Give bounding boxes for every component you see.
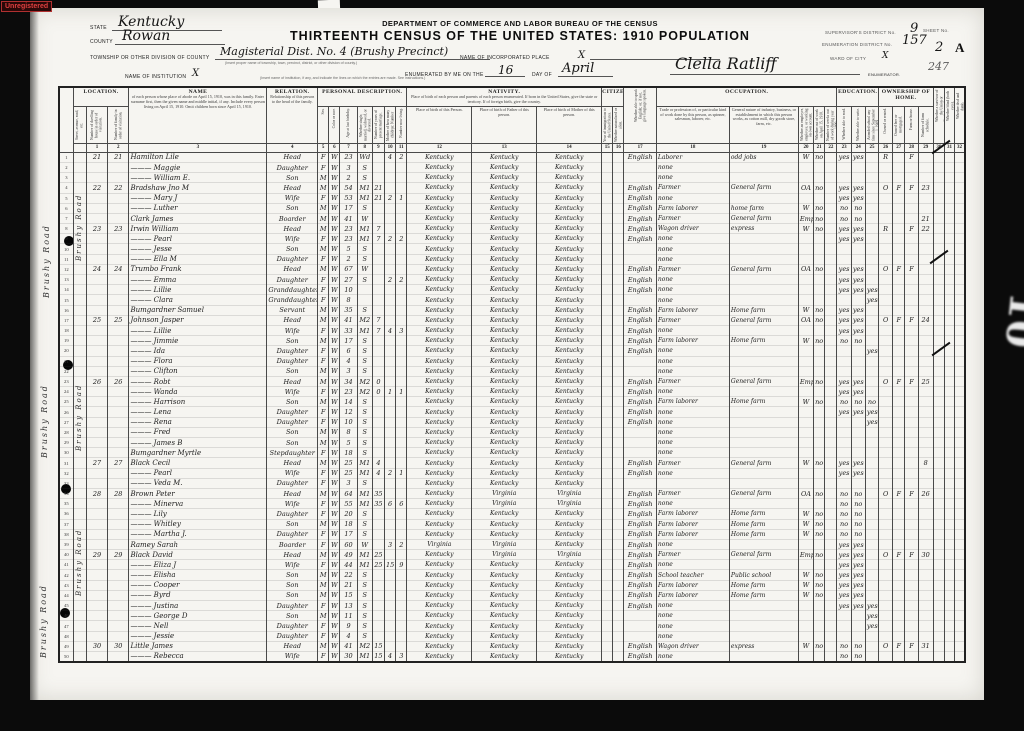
table-row: 26——— LenaDaughterFW12SKentuckyKentuckyK… <box>59 407 965 417</box>
column-header: OCCUPATION. <box>656 87 837 106</box>
census-title: THIRTEENTH CENSUS OF THE UNITED STATES: … <box>280 29 760 43</box>
column-header: Owned free or mortgaged. <box>893 106 905 143</box>
column-header: Whether a survivor of the Union or Confe… <box>933 87 944 143</box>
column-header: Age at last birthday. <box>340 106 357 143</box>
census-table: LOCATION.NAMEof each person whose place … <box>58 86 966 663</box>
column-header: 1 <box>86 143 107 152</box>
column-header: 15 <box>602 143 613 152</box>
table-row: 39Ramey SarahBoarderFW60W32VirginiaVirgi… <box>59 539 965 549</box>
table-row: 3——— William E.SonMW2SKentuckyKentuckyKe… <box>59 173 965 183</box>
table-row: 24——— WandaWifeFW23M2011KentuckyKentucky… <box>59 387 965 397</box>
column-header: Whether single, married, widowed, or div… <box>357 106 372 143</box>
column-header: Whether out of work on April 15, 1910. <box>814 106 825 143</box>
column-header: RELATION.Relationship of this person to … <box>267 87 318 143</box>
table-row: 50——— RebeccaWifeFW30M11543KentuckyKentu… <box>59 651 965 661</box>
table-row: 33——— Veda M.DaughterFW3SKentuckyKentuck… <box>59 478 965 488</box>
township-value: Magisterial Dist. No. 4 (Brushy Precinct… <box>220 45 448 58</box>
table-row: 30Bumgardner MyrtleStepdaughterFW18SKent… <box>59 448 965 458</box>
table-row: 48——— JessieDaughterFW4SKentuckyKentucky… <box>59 631 965 641</box>
table-row: 6——— LutherSonMW17SKentuckyKentuckyKentu… <box>59 203 965 213</box>
column-header <box>59 87 73 152</box>
column-header: Number of weeks out of work during year … <box>825 106 837 143</box>
column-header: Year of immigration to the United States… <box>602 106 613 143</box>
street-note: Brushy Road <box>42 178 51 298</box>
column-header: Farm or house. <box>905 106 918 143</box>
enumeration-district-value: 157 <box>902 33 927 48</box>
column-header: 4 <box>267 143 318 152</box>
column-header: 6 <box>329 143 340 152</box>
column-header: Number of dwelling house in order of vis… <box>86 106 107 143</box>
table-row: 10——— JesseSonMW5SKentuckyKentuckyKentuc… <box>59 244 965 254</box>
column-header: Whether deaf and dumb. <box>955 87 965 143</box>
table-row: 342828Brown PeterHeadMW64M135KentuckyVir… <box>59 488 965 498</box>
enumerator-signature: Clella Ratliff <box>675 54 777 73</box>
column-header: 25 <box>865 143 878 152</box>
column-header: PERSONAL DESCRIPTION. <box>318 87 407 106</box>
column-header: Number now living. <box>396 106 407 143</box>
column-header: 7 <box>340 143 357 152</box>
ward-label: WARD OF CITY <box>830 56 866 61</box>
table-row: 9——— PearlWifeFW23M1722KentuckyKentuckyK… <box>59 234 965 244</box>
sheet-note: 247 <box>928 60 949 73</box>
table-row: 82323Irwin WilliamHeadMW23M17KentuckyKen… <box>59 224 965 234</box>
column-header: Street, avenue, road, etc. <box>73 106 86 143</box>
column-header: 8 <box>357 143 372 152</box>
column-header: 17 <box>624 143 656 152</box>
table-row: 402929Black DavidHeadMW49M125KentuckyVir… <box>59 550 965 560</box>
table-row: 11——— Ella MDaughterFW2SKentuckyKentucky… <box>59 254 965 264</box>
institution-label: NAME OF INSTITUTION <box>125 74 186 80</box>
ward-value: X <box>882 51 888 61</box>
column-header: Number of family in order of visitation. <box>108 106 129 143</box>
table-row: 312727Black CecilHeadMW25M14KentuckyKent… <box>59 458 965 468</box>
table-row: 35——— MinervaWifeFW55M13566KentuckyVirgi… <box>59 499 965 509</box>
sheet-value: 2 <box>935 40 943 55</box>
column-header: 29 <box>918 143 933 152</box>
margin-ink-number: 10 <box>954 285 1024 340</box>
column-header: 31 <box>944 143 954 152</box>
column-header: 27 <box>893 143 905 152</box>
column-header: Whether an employer, employee, or workin… <box>798 106 813 143</box>
table-row: 41——— Eliza JWifeFW44M125159KentuckyKent… <box>59 560 965 570</box>
table-row: 29——— James BSonMW5SKentuckyKentuckyKent… <box>59 438 965 448</box>
column-header: 10 <box>385 143 396 152</box>
table-row: 22——— CliftonSonMW3SKentuckyKentuckyKent… <box>59 366 965 376</box>
column-header: 28 <box>905 143 918 152</box>
column-header: CITIZENSHIP. <box>602 87 624 106</box>
sheet-label: SHEET No. <box>923 28 949 33</box>
column-header: 5 <box>318 143 329 152</box>
table-row: 122424Trumbo FrankHeadMW67WKentuckyKentu… <box>59 264 965 274</box>
table-row: 42——— ElishaSonMW22SKentuckyKentuckyKent… <box>59 570 965 580</box>
county-value: Rowan <box>122 28 170 44</box>
column-header: EDUCATION. <box>837 87 879 106</box>
table-row: 38——— Martha J.DaughterFW17SKentuckyKent… <box>59 529 965 539</box>
table-row: 12121Hamilton LileHeadFW23Wd42KentuckyKe… <box>59 152 965 162</box>
column-header: Whether naturalized or alien. <box>613 106 624 143</box>
column-header: 19 <box>729 143 798 152</box>
table-row: 43——— CooperSonMW21SKentuckyKentuckyKent… <box>59 580 965 590</box>
table-row: 47——— NellDaughterFW9SKentuckyKentuckyKe… <box>59 621 965 631</box>
state-label: STATE <box>90 25 107 31</box>
column-header: 23 <box>837 143 851 152</box>
street-note: Brushy Road <box>39 528 48 658</box>
watermark-unregistered: Unregistered <box>1 1 52 12</box>
table-row: 45——— JustinaDaughterFW13SKentuckyKentuc… <box>59 601 965 611</box>
column-header: General nature of industry, business, or… <box>729 106 798 143</box>
table-row: 493030Little JamesHeadMW41M215KentuckyKe… <box>59 641 965 651</box>
census-sheet: STATE Kentucky COUNTY Rowan TOWNSHIP OR … <box>30 8 984 700</box>
table-row: 13——— EmmaDaughterFW27S22KentuckyKentuck… <box>59 275 965 285</box>
column-header: LOCATION. <box>73 87 129 106</box>
table-row: 15——— ClaraGranddaughterFW8KentuckyKentu… <box>59 295 965 305</box>
county-label: COUNTY <box>90 39 113 45</box>
column-header: Mother of how many children: Number born… <box>385 106 396 143</box>
supervisor-district-label: SUPERVISOR'S DISTRICT No. <box>825 30 896 35</box>
institution-instruction: (Insert name of institution, if any, and… <box>260 76 425 80</box>
table-row: 27——— RenaDaughterFW10SKentuckyKentuckyK… <box>59 417 965 427</box>
enumerator-label: ENUMERATOR. <box>868 72 901 77</box>
table-row: 37——— WhitleySonMW18SKentuckyKentuckyKen… <box>59 519 965 529</box>
day-of-label: DAY OF <box>532 72 552 78</box>
column-header: 24 <box>851 143 865 152</box>
column-header: Place of birth of this Person. <box>407 106 472 143</box>
column-header: Whether able to read. <box>837 106 851 143</box>
township-label: TOWNSHIP OR OTHER DIVISION OF COUNTY <box>90 55 210 61</box>
column-header: Number of farm schedule. <box>918 106 933 143</box>
column-header: Whether blind (both eyes). <box>944 87 954 143</box>
column-header: NATIVITY.Place of birth of each person a… <box>407 87 602 106</box>
column-header: 11 <box>396 143 407 152</box>
enumeration-month: April <box>562 61 594 76</box>
table-row: 5——— Mary JWifeFW53M12121KentuckyKentuck… <box>59 193 965 203</box>
table-row: 232626——— RobtHeadMW34M20KentuckyKentuck… <box>59 376 965 386</box>
column-header: Color or race. <box>329 106 340 143</box>
incorporated-place-value: X <box>578 50 585 61</box>
column-header: Whether able to write. <box>851 106 865 143</box>
enumeration-district-label: ENUMERATION DISTRICT No. <box>822 42 892 47</box>
table-row: 14——— LillieGranddaughterFW10KentuckyKen… <box>59 285 965 295</box>
scan-edge-shadow <box>30 8 39 700</box>
street-note: Brushy Road <box>75 316 83 451</box>
column-header: 20 <box>798 143 813 152</box>
column-header: Place of birth of Father of this person. <box>472 106 537 143</box>
column-header: Whether able to speak English; or, if no… <box>624 87 656 143</box>
column-header: NAMEof each person whose place of abode … <box>129 87 267 143</box>
department-line: DEPARTMENT OF COMMERCE AND LABOR BUREAU … <box>300 19 740 28</box>
table-row: 7Clark JamesBoarderMW41WKentuckyKentucky… <box>59 213 965 223</box>
table-row: 19——— JimmieSonMW17SKentuckyKentuckyKent… <box>59 336 965 346</box>
census-table-wrap: LOCATION.NAMEof each person whose place … <box>58 86 970 663</box>
table-row: 16Bumgardner SamuelServantMW35SKentuckyK… <box>59 305 965 315</box>
table-row: 2——— MaggieDaughterFW3SKentuckyKentuckyK… <box>59 162 965 172</box>
table-row: 46——— George DSonMW11SKentuckyKentuckyKe… <box>59 611 965 621</box>
column-header: 21 <box>814 143 825 152</box>
column-header: 26 <box>879 143 893 152</box>
census-table-body: 12121Hamilton LileHeadFW23Wd42KentuckyKe… <box>59 152 965 661</box>
street-note: Brushy Road <box>75 156 83 261</box>
column-header <box>73 143 86 152</box>
column-header: 18 <box>656 143 729 152</box>
column-header: OWNERSHIP OF HOME. <box>879 87 934 106</box>
street-note: Brushy Road <box>75 461 83 596</box>
table-row: 42222Bradshaw Jno MHeadMW54M121KentuckyK… <box>59 183 965 193</box>
table-row: 28——— FredSonMW8SKentuckyKentuckyKentuck… <box>59 427 965 437</box>
column-header: 9 <box>372 143 384 152</box>
township-instruction: (Insert proper name of township, town, p… <box>225 61 357 65</box>
column-header: 3 <box>129 143 267 152</box>
column-header: Trade or profession of, or particular ki… <box>656 106 729 143</box>
census-table-head: LOCATION.NAMEof each person whose place … <box>59 87 965 152</box>
column-header: Attended school any time since September… <box>865 106 878 143</box>
institution-value: X <box>192 68 199 79</box>
column-header: Number of years of present marriage. <box>372 106 384 143</box>
sheet-letter: A <box>955 40 964 56</box>
table-row: 36——— LilyDaughterFW20SKentuckyKentuckyK… <box>59 509 965 519</box>
column-header: Sex. <box>318 106 329 143</box>
column-header: 14 <box>537 143 602 152</box>
table-row: 44——— ByrdSonMW15SKentuckyKentuckyKentuc… <box>59 590 965 600</box>
table-row: 32——— PearlWifeFW25M1421KentuckyKentucky… <box>59 468 965 478</box>
enumeration-day: 16 <box>498 63 513 77</box>
table-row: 172525Johnson JasperHeadMW41M27KentuckyK… <box>59 315 965 325</box>
column-header: 22 <box>825 143 837 152</box>
table-row: 20——— IdaDaughterFW6SKentuckyKentuckyKen… <box>59 346 965 356</box>
column-header: 16 <box>613 143 624 152</box>
table-row: 21——— FloraDaughterFW4SKentuckyKentuckyK… <box>59 356 965 366</box>
table-row: 18——— LillieWifeFW33M1743KentuckyKentuck… <box>59 325 965 335</box>
column-header: 12 <box>407 143 472 152</box>
column-header: 13 <box>472 143 537 152</box>
street-note: Brushy Road <box>40 328 49 458</box>
enumerated-label: ENUMERATED BY ME ON THE <box>405 72 484 78</box>
incorporated-place-label: NAME OF INCORPORATED PLACE <box>460 55 550 61</box>
column-header: Owned or rented. <box>879 106 893 143</box>
column-header: Place of birth of Mother of this person. <box>537 106 602 143</box>
column-header: 32 <box>955 143 965 152</box>
table-row: 25——— HarrisonSonMW14SKentuckyKentuckyKe… <box>59 397 965 407</box>
column-header: 2 <box>108 143 129 152</box>
